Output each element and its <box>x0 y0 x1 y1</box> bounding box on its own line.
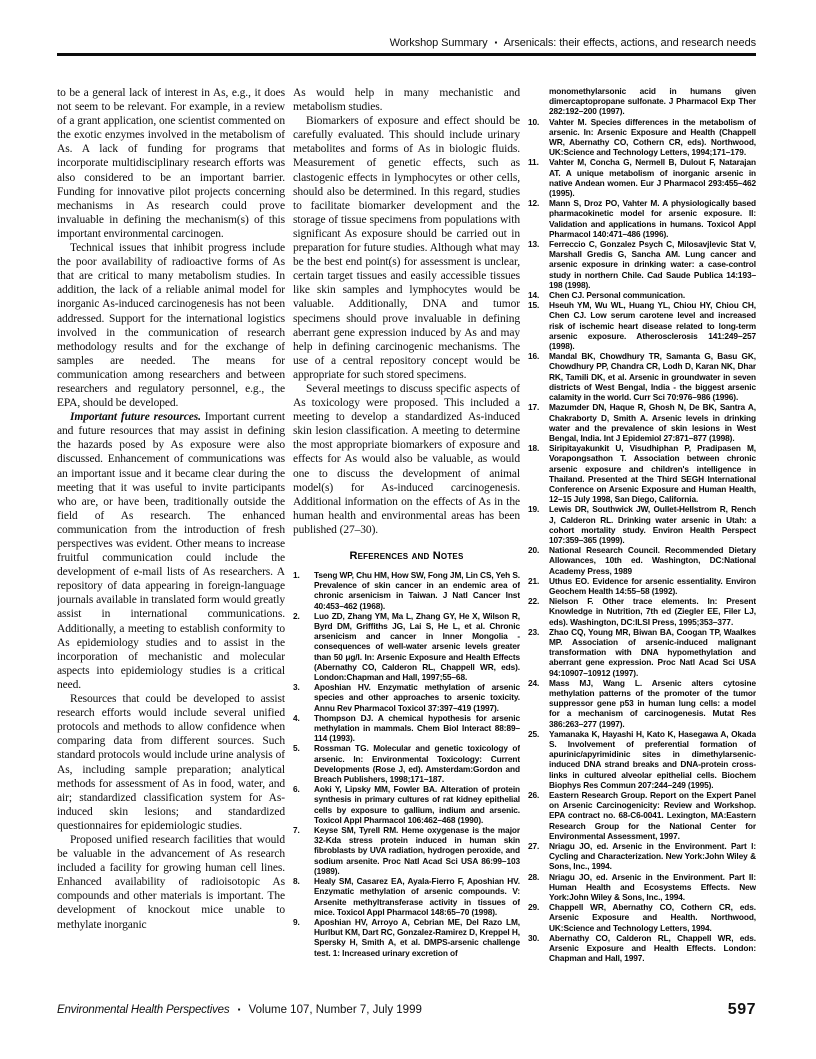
reference-text: Rossman TG. Molecular and genetic toxico… <box>314 743 520 784</box>
reference-item: 4. Thompson DJ. A chemical hypothesis fo… <box>293 713 520 744</box>
paragraph-text: As would help in many mechanistic and me… <box>293 87 520 113</box>
body-paragraph: Technical issues that inhibit progress i… <box>57 241 285 410</box>
reference-number: 9. <box>293 917 300 927</box>
reference-item: 25. Yamanaka K, Hayashi H, Kato K, Haseg… <box>528 729 756 790</box>
reference-item: 28. Nriagu JO, ed. Arsenic in the Enviro… <box>528 872 756 903</box>
body-paragraph: Biomarkers of exposure and effect should… <box>293 114 520 382</box>
reference-item: 20. National Research Council. Recommend… <box>528 545 756 576</box>
running-head-title: Arsenicals: their effects, actions, and … <box>504 37 756 49</box>
reference-text: Chappell WR, Abernathy CO, Cothern CR, e… <box>549 902 756 932</box>
reference-item: 19. Lewis DR, Southwick JW, Oullet-Hells… <box>528 504 756 545</box>
reference-text: monomethylarsonic acid in humans given d… <box>549 86 756 116</box>
body-paragraph: Important future resources. Important cu… <box>57 410 285 692</box>
reference-number: 14. <box>528 290 539 300</box>
reference-item: 22. Nielson F. Other trace elements. In:… <box>528 596 756 627</box>
issue-info: Volume 107, Number 7, July 1999 <box>249 1004 422 1016</box>
running-head-section: Workshop Summary <box>390 37 488 49</box>
reference-item: 10. Vahter M. Species differences in the… <box>528 117 756 158</box>
reference-number: 15. <box>528 300 539 310</box>
reference-number: 5. <box>293 743 300 753</box>
reference-text: Lewis DR, Southwick JW, Oullet-Hellstrom… <box>549 504 756 545</box>
column-3: monomethylarsonic acid in humans given d… <box>528 86 756 1001</box>
reference-item: 18. Siripitayakunkit U, Visudhiphan P, P… <box>528 443 756 504</box>
reference-item: 15. Hseuh YM, Wu WL, Huang YL, Chiou HY,… <box>528 300 756 351</box>
reference-item: 21. Uthus EO. Evidence for arsenic essen… <box>528 576 756 596</box>
column-1: to be a general lack of interest in As, … <box>57 86 285 1001</box>
paragraph-lead: Important future resources. <box>70 411 201 423</box>
reference-text: Vahter M. Species differences in the met… <box>549 117 756 158</box>
reference-number: 4. <box>293 713 300 723</box>
reference-text: National Research Council. Recommended D… <box>549 545 756 575</box>
reference-text: Mazumder DN, Haque R, Ghosh N, De BK, Sa… <box>549 402 756 443</box>
reference-item: 12. Mann S, Droz PO, Vahter M. A physiol… <box>528 198 756 239</box>
page-footer: Environmental Health Perspectives ▪ Volu… <box>57 1004 756 1019</box>
reference-number: 11. <box>528 157 539 167</box>
reference-number: 28. <box>528 872 539 882</box>
reference-text: Mandal BK, Chowdhury TR, Samanta G, Basu… <box>549 351 756 402</box>
reference-text: Nriagu JO, ed. Arsenic in the Environmen… <box>549 872 756 902</box>
reference-item: 6. Aoki Y, Lipsky MM, Fowler BA. Alterat… <box>293 784 520 825</box>
reference-number: 13. <box>528 239 539 249</box>
reference-text: Aposhian HV, Arroyo A, Cebrian ME, Del R… <box>314 917 520 958</box>
body-paragraph: Several meetings to discuss specific asp… <box>293 382 520 537</box>
reference-number: 10. <box>528 117 539 127</box>
paragraph-text: to be a general lack of interest in As, … <box>57 87 285 240</box>
reference-text: Aposhian HV. Enzymatic methylation of ar… <box>314 682 520 712</box>
reference-text: Siripitayakunkit U, Visudhiphan P, Pradi… <box>549 443 756 504</box>
reference-number: 18. <box>528 443 539 453</box>
reference-number: 2. <box>293 611 300 621</box>
journal-name: Environmental Health Perspectives <box>57 1004 229 1016</box>
reference-text: Hseuh YM, Wu WL, Huang YL, Chiou HY, Chi… <box>549 300 756 351</box>
reference-item: 23. Zhao CQ, Young MR, Biwan BA, Coogan … <box>528 627 756 678</box>
reference-item: 24. Mass MJ, Wang L. Arsenic alters cyto… <box>528 678 756 729</box>
reference-text: Zhao CQ, Young MR, Biwan BA, Coogan TP, … <box>549 627 756 678</box>
reference-item: 3. Aposhian HV. Enzymatic methylation of… <box>293 682 520 713</box>
reference-item: 7. Keyse SM, Tyrell RM. Heme oxygenase i… <box>293 825 520 876</box>
reference-text: Nriagu JO, ed. Arsenic in the Environmen… <box>549 841 756 871</box>
paragraph-text: Proposed unified research facilities tha… <box>57 834 285 931</box>
reference-number: 6. <box>293 784 300 794</box>
reference-number: 1. <box>293 570 300 580</box>
body-paragraph: As would help in many mechanistic and me… <box>293 86 520 114</box>
reference-item: 2. Luo ZD, Zhang YM, Ma L, Zhang GY, He … <box>293 611 520 682</box>
paragraph-text: Biomarkers of exposure and effect should… <box>293 115 520 381</box>
reference-text: Yamanaka K, Hayashi H, Kato K, Hasegawa … <box>549 729 756 790</box>
reference-text: Eastern Research Group. Report on the Ex… <box>549 790 756 841</box>
reference-number: 7. <box>293 825 300 835</box>
reference-text: Nielson F. Other trace elements. In: Pre… <box>549 596 756 626</box>
body-paragraph: Proposed unified research facilities tha… <box>57 833 285 932</box>
body-paragraph: Resources that could be developed to ass… <box>57 692 285 833</box>
reference-number: 23. <box>528 627 539 637</box>
reference-item: 8. Healy SM, Casarez EA, Ayala-Fierro F,… <box>293 876 520 917</box>
reference-number: 22. <box>528 596 539 606</box>
reference-item: 26. Eastern Research Group. Report on th… <box>528 790 756 841</box>
paragraph-text: Several meetings to discuss specific asp… <box>293 383 520 536</box>
reference-item: 30. Abernathy CO, Calderon RL, Chappell … <box>528 933 756 964</box>
paragraph-text: Technical issues that inhibit progress i… <box>57 242 285 409</box>
reference-number: 26. <box>528 790 539 800</box>
reference-text: Chen CJ. Personal communication. <box>549 290 685 300</box>
reference-text: Mann S, Droz PO, Vahter M. A physiologic… <box>549 198 756 239</box>
header-rule <box>57 53 756 56</box>
paragraph-text: Resources that could be developed to ass… <box>57 693 285 832</box>
references-heading: References and Notes <box>293 550 520 562</box>
reference-text: Aoki Y, Lipsky MM, Fowler BA. Alteration… <box>314 784 520 825</box>
reference-text: Ferreccio C, Gonzalez Psych C, Milosavjl… <box>549 239 756 290</box>
reference-number: 12. <box>528 198 539 208</box>
reference-text: Tseng WP, Chu HM, How SW, Fong JM, Lin C… <box>314 570 520 611</box>
reference-number: 8. <box>293 876 300 886</box>
paragraph-text: Important current and future resources t… <box>57 411 285 691</box>
reference-text: Mass MJ, Wang L. Arsenic alters cytosine… <box>549 678 756 729</box>
reference-number: 19. <box>528 504 539 514</box>
footer-journal-line: Environmental Health Perspectives ▪ Volu… <box>57 1004 422 1016</box>
reference-number: 21. <box>528 576 539 586</box>
reference-list-column-3: monomethylarsonic acid in humans given d… <box>528 86 756 963</box>
reference-number: 29. <box>528 902 539 912</box>
reference-number: 17. <box>528 402 539 412</box>
page-number: 597 <box>728 1001 756 1019</box>
reference-item: 16. Mandal BK, Chowdhury TR, Samanta G, … <box>528 351 756 402</box>
reference-item: 27. Nriagu JO, ed. Arsenic in the Enviro… <box>528 841 756 872</box>
reference-text: Uthus EO. Evidence for arsenic essential… <box>549 576 756 596</box>
reference-number: 25. <box>528 729 539 739</box>
reference-item: 9. Aposhian HV, Arroyo A, Cebrian ME, De… <box>293 917 520 958</box>
reference-item: 14. Chen CJ. Personal communication. <box>528 290 756 300</box>
reference-text: Keyse SM, Tyrell RM. Heme oxygenase is t… <box>314 825 520 876</box>
reference-number: 30. <box>528 933 539 943</box>
reference-text: Healy SM, Casarez EA, Ayala-Fierro F, Ap… <box>314 876 520 917</box>
reference-text: Luo ZD, Zhang YM, Ma L, Zhang GY, He X, … <box>314 611 520 682</box>
paper-page: Workshop Summary ▪ Arsenicals: their eff… <box>0 0 816 1059</box>
reference-text: Vahter M, Concha G, Nermell B, Dulout F,… <box>549 157 756 198</box>
reference-item: 11. Vahter M, Concha G, Nermell B, Dulou… <box>528 157 756 198</box>
body-paragraph: to be a general lack of interest in As, … <box>57 86 285 241</box>
reference-list-column-2: 1. Tseng WP, Chu HM, How SW, Fong JM, Li… <box>293 570 520 958</box>
reference-number: 3. <box>293 682 300 692</box>
column-2-body: As would help in many mechanistic and me… <box>293 86 520 537</box>
running-head: Workshop Summary ▪ Arsenicals: their eff… <box>57 37 756 49</box>
reference-item: 5. Rossman TG. Molecular and genetic tox… <box>293 743 520 784</box>
reference-item: 17. Mazumder DN, Haque R, Ghosh N, De BK… <box>528 402 756 443</box>
bullet-icon: ▪ <box>490 38 501 47</box>
reference-item: 29. Chappell WR, Abernathy CO, Cothern C… <box>528 902 756 933</box>
reference-number: 16. <box>528 351 539 361</box>
reference-number: 27. <box>528 841 539 851</box>
column-2: As would help in many mechanistic and me… <box>293 86 520 1001</box>
reference-number: 24. <box>528 678 539 688</box>
reference-item: 1. Tseng WP, Chu HM, How SW, Fong JM, Li… <box>293 570 520 611</box>
reference-item: 13. Ferreccio C, Gonzalez Psych C, Milos… <box>528 239 756 290</box>
reference-text: Thompson DJ. A chemical hypothesis for a… <box>314 713 520 743</box>
reference-text: Abernathy CO, Calderon RL, Chappell WR, … <box>549 933 756 963</box>
bullet-icon: ▪ <box>233 1005 246 1014</box>
reference-item: monomethylarsonic acid in humans given d… <box>528 86 756 117</box>
reference-number: 20. <box>528 545 539 555</box>
